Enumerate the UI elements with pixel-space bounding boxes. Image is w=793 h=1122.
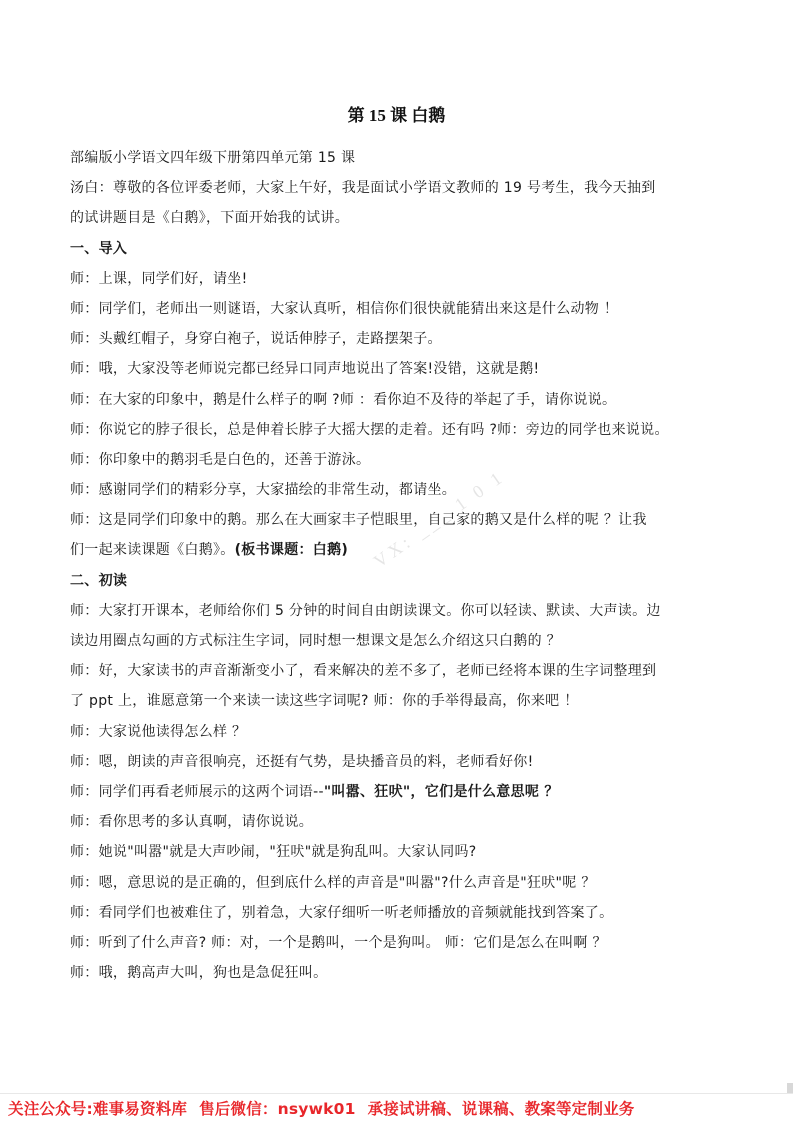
dialogue-line: 师：同学们再看老师展示的这两个词语--"叫嚣、狂吠"，它们是什么意思呢 ？ [70,777,730,807]
section-heading-first-reading: 二、初读 [70,566,730,596]
footer-account: 关注公众号:难事易资料库 [8,1100,187,1118]
vocab-highlight: "叫嚣、狂吠"，它们是什么意思呢 ？ [324,784,559,800]
dialogue-line: 师：你印象中的鹅羽毛是白色的，还善于游泳。 [70,445,730,475]
dialogue-line: 师：她说"叫嚣"就是大声吵闹，"狂吠"就是狗乱叫。大家认同吗? [70,837,730,867]
lesson-subtitle: 部编版小学语文四年级下册第四单元第 15 课 [70,143,730,173]
dialogue-line: 师：嗯，意思说的是正确的，但到底什么样的声音是"叫嚣"?什么声音是"狂吠"呢 ？ [70,868,730,898]
footer-services: 承接试讲稿、说课稿、教案等定制业务 [368,1100,635,1118]
dialogue-line: 师：大家打开课本，老师给你们 5 分钟的时间自由朗读课文。你可以轻读、默读、大声… [70,596,730,626]
board-note: (板书课题：白鹅) [235,542,349,558]
document-page: 第 15 课 白鹅 部编版小学语文四年级下册第四单元第 15 课 汤白：尊敬的各… [0,0,793,1122]
dialogue-line: 师：看同学们也被难住了，别着急，大家仔细听一听老师播放的音频就能找到答案了。 [70,898,730,928]
section-heading-intro: 一、导入 [70,234,730,264]
promo-footer: 关注公众号:难事易资料库售后微信：nsywk01承接试讲稿、说课稿、教案等定制业… [8,1098,793,1120]
dialogue-line: 师：哦，鹅高声大叫，狗也是急促狂叫。 [70,958,730,988]
dialogue-line: 师：哦，大家没等老师说完都已经异口同声地说出了答案!没错，这就是鹅! [70,354,730,384]
intro-line: 的试讲题目是《白鹅》，下面开始我的试讲。 [70,203,730,233]
dialogue-line: 们一起来读课题《白鹅》。(板书课题：白鹅) [70,535,730,565]
dialogue-line: 师：这是同学们印象中的鹅。那么在大画家丰子恺眼里，自己家的鹅又是什么样的呢 ？让… [70,505,730,535]
footer-wechat: 售后微信：nsywk01 [199,1100,355,1118]
dialogue-line: 师：上课，同学们好，请坐! [70,264,730,294]
dialogue-line: 师：头戴红帽子，身穿白袍子，说话伸脖子，走路摆架子。 [70,324,730,354]
footer-divider [0,1093,793,1094]
lesson-title: 第 15 课 白鹅 [0,104,793,128]
page-corner-mark [787,1083,793,1093]
intro-line: 汤白：尊敬的各位评委老师，大家上午好，我是面试小学语文教师的 19 号考生，我今… [70,173,730,203]
document-body: 部编版小学语文四年级下册第四单元第 15 课 汤白：尊敬的各位评委老师，大家上午… [70,143,730,988]
dialogue-text: 师：同学们再看老师展示的这两个词语-- [70,784,324,800]
dialogue-line: 师：在大家的印象中，鹅是什么样子的啊 ?师 ：看你迫不及待的举起了手，请你说说。 [70,385,730,415]
dialogue-line: 师：好，大家读书的声音渐渐变小了，看来解决的差不多了，老师已经将本课的生字词整理… [70,656,730,686]
dialogue-text: 们一起来读课题《白鹅》。 [70,542,235,558]
dialogue-line: 读边用圈点勾画的方式标注生字词，同时想一想课文是怎么介绍这只白鹅的 ？ [70,626,730,656]
dialogue-line: 师：你说它的脖子很长，总是伸着长脖子大摇大摆的走着。还有吗 ?师：旁边的同学也来… [70,415,730,445]
dialogue-line: 了 ppt 上，谁愿意第一个来读一读这些字词呢? 师：你的手举得最高，你来吧 ！ [70,686,730,716]
dialogue-line: 师：感谢同学们的精彩分享，大家描绘的非常生动，都请坐。 [70,475,730,505]
dialogue-line: 师：嗯，朗读的声音很响亮，还挺有气势，是块播音员的料，老师看好你! [70,747,730,777]
dialogue-line: 师：大家说他读得怎么样 ？ [70,717,730,747]
dialogue-line: 师：看你思考的多认真啊，请你说说。 [70,807,730,837]
dialogue-line: 师：同学们，老师出一则谜语，大家认真听，相信你们很快就能猜出来这是什么动物 ！ [70,294,730,324]
dialogue-line: 师：听到了什么声音? 师：对，一个是鹅叫，一个是狗叫。 师：它们是怎么在叫啊 ？ [70,928,730,958]
